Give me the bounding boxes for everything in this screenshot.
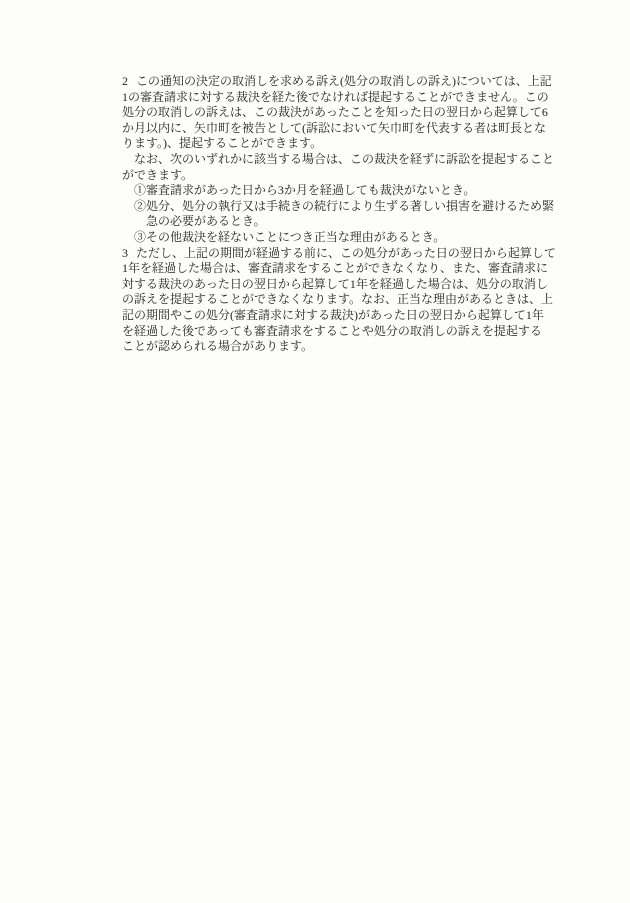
line-text: 1の審査請求に対する裁決を経た後でなければ提起することができません。この	[122, 90, 549, 104]
line-text: この通知の決定の取消しを求める訴え(処分の取消しの訴え)については、上記	[136, 74, 552, 88]
line-text: ただし、上記の期間が経過する前に、この処分があった日の翌日から起算して	[136, 246, 556, 260]
line-text: ③その他裁決を経ないことにつき正当な理由があるとき。	[134, 230, 445, 244]
paragraph-number: 2	[122, 74, 136, 90]
list-item-3: ③その他裁決を経ないことにつき正当な理由があるとき。	[122, 230, 572, 246]
text-line: 処分の取消しの訴えは、この裁決があったことを知った日の翌日から起算して6	[122, 105, 572, 121]
line-text: なお、次のいずれかに該当する場合は、この裁決を経ずに訴訟を提起すること	[134, 152, 554, 166]
text-line: の訴えを提起することができなくなります。なお、正当な理由があるときは、上	[122, 292, 572, 308]
line-text: を経過した後であっても審査請求をすることや処分の取消しの訴えを提起する	[122, 324, 542, 338]
line-text: か月以内に、矢巾町を被告として(訴訟において矢巾町を代表する者は町長とな	[122, 121, 546, 135]
line-text: 急の必要があるとき。	[146, 214, 266, 228]
text-line: 急の必要があるとき。	[122, 214, 572, 230]
paragraph-3-line: 3ただし、上記の期間が経過する前に、この処分があった日の翌日から起算して	[122, 246, 572, 262]
paragraph-number: 3	[122, 246, 136, 262]
line-text: ります。)、提起することができます。	[122, 136, 322, 150]
line-text: 対する裁決のあった日の翌日から起算して1年を経過した場合は、処分の取消し	[122, 277, 548, 291]
text-line: 記の期間やこの処分(審査請求に対する裁決)があった日の翌日から起算して1年	[122, 308, 572, 324]
list-item-1: ①審査請求があった日から3か月を経過しても裁決がないとき。	[122, 183, 572, 199]
text-line: なお、次のいずれかに該当する場合は、この裁決を経ずに訴訟を提起すること	[122, 152, 572, 168]
text-line: 1年を経過した場合は、審査請求をすることができなくなり、また、審査請求に	[122, 261, 572, 277]
text-line: ります。)、提起することができます。	[122, 136, 572, 152]
paragraph-2-line: 2この通知の決定の取消しを求める訴え(処分の取消しの訴え)については、上記	[122, 74, 572, 90]
line-text: 記の期間やこの処分(審査請求に対する裁決)があった日の翌日から起算して1年	[122, 308, 544, 322]
text-line: を経過した後であっても審査請求をすることや処分の取消しの訴えを提起する	[122, 324, 572, 340]
line-text: 処分の取消しの訴えは、この裁決があったことを知った日の翌日から起算して6	[122, 105, 548, 119]
line-text: 1年を経過した場合は、審査請求をすることができなくなり、また、審査請求に	[122, 261, 548, 275]
text-block: 2この通知の決定の取消しを求める訴え(処分の取消しの訴え)については、上記 1の…	[122, 74, 572, 355]
text-line: 対する裁決のあった日の翌日から起算して1年を経過した場合は、処分の取消し	[122, 277, 572, 293]
list-item-2: ②処分、処分の執行又は手続きの続行により生ずる著しい損害を避けるため緊	[122, 199, 572, 215]
line-text: の訴えを提起することができなくなります。なお、正当な理由があるときは、上	[122, 292, 553, 306]
line-text: ができます。	[122, 168, 193, 182]
text-line: ことが認められる場合があります。	[122, 339, 572, 355]
text-line: 1の審査請求に対する裁決を経た後でなければ提起することができません。この	[122, 90, 572, 106]
text-line: ができます。	[122, 168, 572, 184]
line-text: ②処分、処分の執行又は手続きの続行により生ずる著しい損害を避けるため緊	[134, 199, 554, 213]
document-page: 2この通知の決定の取消しを求める訴え(処分の取消しの訴え)については、上記 1の…	[0, 0, 630, 903]
line-text: ①審査請求があった日から3か月を経過しても裁決がないとき。	[134, 183, 475, 197]
text-line: か月以内に、矢巾町を被告として(訴訟において矢巾町を代表する者は町長とな	[122, 121, 572, 137]
line-text: ことが認められる場合があります。	[122, 339, 313, 353]
